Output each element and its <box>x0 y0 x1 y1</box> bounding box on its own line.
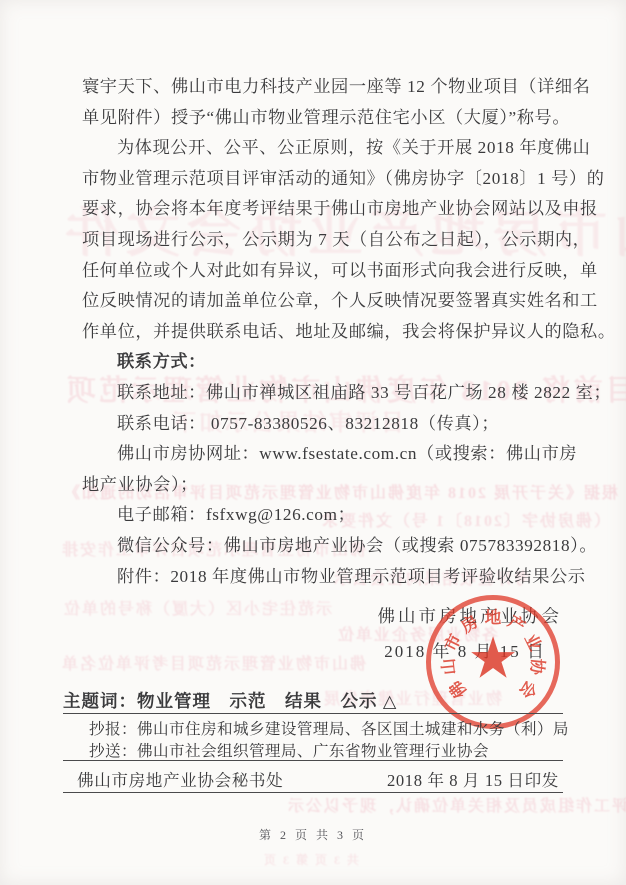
body-line: 联系地址：佛山市禅城区祖庙路 33 号百花广场 28 楼 2822 室； <box>82 378 566 409</box>
body-line: 作单位，并提供联系电话、地址及邮编，我会将保护异议人的隐私。 <box>82 317 566 348</box>
issuer-row: 佛山市房地产业协会秘书处 2018 年 8 月 15 日印发 <box>77 767 559 791</box>
bleed-through-text: 考评工作组成员及相关单位确认，现予以公示 <box>286 793 626 816</box>
body-line: 任何单位或个人对此如有异议，可以书面形式向我会进行反映，单 <box>82 256 566 287</box>
page-number: 第 2 页 共 3 页 <box>0 826 626 843</box>
divider-rule-top <box>63 713 563 714</box>
body-line: 寰宇天下、佛山市电力科技产业园一座等 12 个物业项目（详细名 <box>82 72 566 103</box>
copy-report-line: 抄报：佛山市住房和城乡建设管理局、各区国土城建和水务（利）局 <box>89 717 569 739</box>
body-line: 附件：2018 年度佛山市物业管理示范项目考评验收结果公示 <box>82 562 566 593</box>
body-line: 微信公众号：佛山市房地产业协会（或搜索 075783392818）。 <box>82 531 566 562</box>
issuer-name: 佛山市房地产业协会秘书处 <box>77 767 283 791</box>
divider-rule-bottom <box>63 792 563 793</box>
divider-rule-middle <box>63 760 563 761</box>
body-line: 电子邮箱：fsfxwg@126.com； <box>82 500 566 531</box>
subject-block: 主题词：物业管理 示范 结果 公示 △ 抄报：佛山市住房和城乡建设管理局、各区国… <box>63 688 563 712</box>
subject-label: 主题词： <box>63 691 137 711</box>
body-line: 项目现场进行公示，公示期为 7 天（自公布之日起），公示期内， <box>82 225 566 256</box>
document-body: 寰宇天下、佛山市电力科技产业园一座等 12 个物业项目（详细名单见附件）授予“佛… <box>82 72 566 592</box>
body-line: 联系方式： <box>82 347 566 378</box>
body-line: 单见附件）授予“佛山市物业管理示范住宅小区（大厦）”称号。 <box>82 103 566 134</box>
body-line: 市物业管理示范项目评审活动的通知》（佛房协字〔2018〕1 号）的 <box>82 164 566 195</box>
signature-date: 2018 年 8 月 15 日 <box>384 637 546 662</box>
bleed-through-text: 共 3 页 第 3 页 <box>262 851 359 868</box>
bleed-through-text: 佛山市物业管理示范项目考评单位名单 <box>60 651 366 674</box>
copy-send-line: 抄送：佛山市社会组织管理局、广东省物业管理行业协会 <box>89 739 489 761</box>
issue-date: 2018 年 8 月 15 日印发 <box>387 767 559 791</box>
subject-line: 主题词：物业管理 示范 结果 公示 △ <box>63 688 563 712</box>
body-line: 地产业协会）； <box>82 470 566 501</box>
body-line: 为体现公开、公平、公正原则，按《关于开展 2018 年度佛山 <box>82 133 566 164</box>
scanned-document-page: 佛山市房地产业协会文件目前将 2018 年度佛山市物业管理示范项目评审结果公示如… <box>0 0 626 885</box>
body-line: 联系电话： 0757-83380526、83212818（传真）； <box>82 409 566 440</box>
body-line: 位反映情况的请加盖单位公章，个人反映情况要签署真实姓名和工 <box>82 286 566 317</box>
signature-org: 佛山市房地产业协会 <box>0 603 562 628</box>
body-line: 佛山市房协网址：www.fsestate.com.cn（或搜索：佛山市房 <box>82 439 566 470</box>
subject-terms: 物业管理 示范 结果 公示 △ <box>137 691 397 711</box>
body-line: 要求，协会将本年度考评结果于佛山市房地产业协会网站以及申报 <box>82 194 566 225</box>
